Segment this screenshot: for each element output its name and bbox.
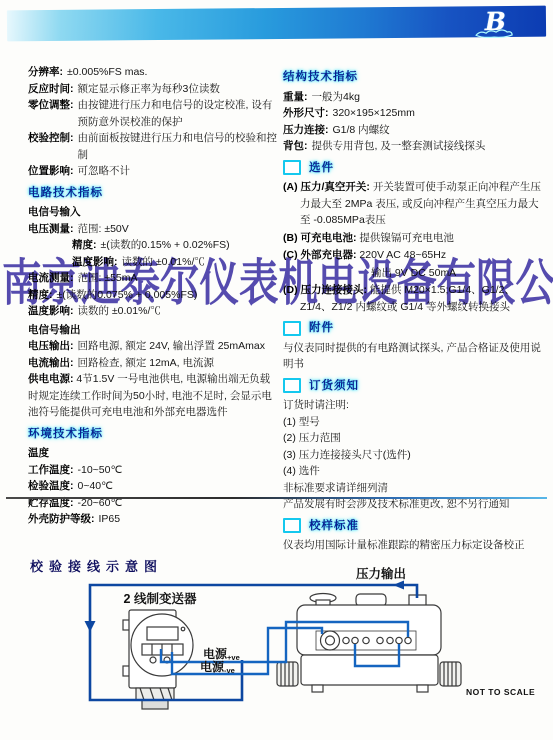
spec-value: 320×195×125mm bbox=[333, 105, 415, 122]
power-negative-text: 电源 bbox=[200, 659, 225, 674]
ordering-item: (1) 型号 bbox=[283, 414, 546, 431]
logo-cloud-swirl-icon bbox=[474, 27, 514, 39]
flow-arrow-left-icon bbox=[393, 581, 404, 590]
spec-label: 检验温度: bbox=[28, 478, 74, 495]
power-positive-text: 电源 bbox=[203, 646, 228, 661]
section-heading-structure: 结构技术指标 bbox=[283, 69, 546, 86]
scale-note: NOT TO SCALE bbox=[466, 687, 535, 697]
handle-left bbox=[277, 662, 298, 686]
spec-label: 位置影响: bbox=[28, 163, 74, 180]
options-box-icon bbox=[283, 160, 301, 175]
calibrator-drawing bbox=[277, 594, 461, 693]
spec-value: 由按键进行压力和电信号的设定校准, 设有预防意外误校准的保护 bbox=[78, 97, 278, 130]
spec-label: 供电电源: bbox=[28, 373, 74, 385]
option-item: (D) 压力连接接头: 能提供 M20×1.5;G1/4、G1/2、Z1/4、Z… bbox=[283, 282, 546, 315]
spec-value: 提供专用背包, 及一整套测试接线探头 bbox=[312, 138, 486, 155]
transmitter-label: 2 线制变送器 bbox=[124, 591, 197, 606]
ordering-item: (4) 选件 bbox=[283, 463, 546, 480]
spec-row: 外壳防护等级:IP65 bbox=[28, 511, 277, 528]
spec-row: 检验温度:0~40℃ bbox=[28, 478, 277, 495]
spec-row: 精度:±(读数的0.075% + 0.005%FS) bbox=[28, 287, 277, 304]
spec-label: 重量: bbox=[283, 89, 308, 106]
accessories-text: 与仪表同时提供的有电路测试探头, 产品合格证及使用说明书 bbox=[283, 340, 546, 373]
flow-arrow-down-icon bbox=[85, 621, 96, 632]
spec-value: IP65 bbox=[99, 511, 121, 528]
spec-value: ±(读数的0.15% + 0.02%FS) bbox=[101, 237, 230, 254]
spec-value: ±0.005%FS mas. bbox=[67, 64, 147, 81]
option-value: 220V AC 48~65Hz bbox=[359, 249, 446, 261]
pressure-output-label: 压力输出 bbox=[356, 566, 406, 581]
spec-value: 0~40℃ bbox=[78, 478, 113, 495]
spec-label: 温度影响: bbox=[72, 254, 118, 271]
spec-label: 精度: bbox=[72, 237, 97, 254]
section-heading-label: 订货须知 bbox=[309, 378, 359, 395]
section-heading-options: 选件 bbox=[283, 160, 546, 177]
option-continuation: 输出 9V DC 50mA bbox=[371, 265, 546, 282]
spec-value: 由前面板按键进行压力和电信号的校验和控制 bbox=[78, 130, 278, 163]
option-label: (D) 压力连接接头: bbox=[283, 284, 367, 296]
spec-label: 反应时间: bbox=[28, 81, 74, 98]
calibration-box-icon bbox=[283, 518, 301, 533]
spec-row: 温度影响:读数的 ±0.01%/℃ bbox=[28, 303, 277, 320]
spec-row: 零位调整:由按键进行压力和电信号的设定校准, 设有预防意外误校准的保护 bbox=[28, 97, 277, 130]
spec-value: 可忽略不计 bbox=[78, 163, 131, 180]
spec-label: 零位调整: bbox=[28, 97, 74, 130]
spec-value: 范围: ±50V bbox=[78, 221, 129, 238]
wiring-diagram: 2 线制变送器 压力输出 电源+ve 电源-ve NOT TO SCALE bbox=[0, 548, 553, 740]
ordering-item: (3) 压力连接接头尺寸(选件) bbox=[283, 447, 546, 464]
subhead-signal-output: 电信号输出 bbox=[28, 322, 277, 339]
subhead-temperature: 温度 bbox=[28, 445, 277, 462]
spec-row: 电流输出:回路检查, 额定 12mA, 电流源 bbox=[28, 355, 277, 372]
spec-value: 读数的 ±0.01%/℃ bbox=[122, 254, 205, 271]
spec-label: 分辨率: bbox=[28, 64, 63, 81]
right-column: 结构技术指标 重量:一般为4kg 外形尺寸:320×195×125mm 压力连接… bbox=[283, 64, 546, 554]
brand-logo: B bbox=[468, 7, 514, 41]
spec-row: 温度影响:读数的 ±0.01%/℃ bbox=[72, 254, 277, 271]
spec-value: ±(读数的0.075% + 0.005%FS) bbox=[57, 287, 198, 304]
spec-row: 外形尺寸:320×195×125mm bbox=[283, 105, 546, 122]
spec-label: 外形尺寸: bbox=[283, 105, 329, 122]
option-item: (A) 压力/真空开关: 开关装置可使手动泵正向冲程产生压力最大至 2MPa 表… bbox=[283, 179, 546, 229]
spec-value: 一般为4kg bbox=[312, 89, 360, 106]
left-column: 分辨率:±0.005%FS mas. 反应时间:额定显示修正率为每秒3位读数 零… bbox=[28, 64, 277, 528]
spec-value: 回路检查, 额定 12mA, 电流源 bbox=[78, 355, 215, 372]
header-band: B bbox=[7, 6, 546, 42]
spec-row: 重量:一般为4kg bbox=[283, 89, 546, 106]
ordering-item: (2) 压力范围 bbox=[283, 430, 546, 447]
option-label: (B) 可充电电池: bbox=[283, 232, 357, 244]
option-item: (B) 可充电电池: 提供镍镉可充电电池 bbox=[283, 230, 546, 247]
option-item: (C) 外部充电器: 220V AC 48~65Hz bbox=[283, 247, 546, 264]
ordering-intro: 订货时请注明: bbox=[283, 397, 546, 414]
ordering-box-icon bbox=[283, 378, 301, 393]
spec-label: 电流测量: bbox=[28, 270, 74, 287]
section-heading-ordering: 订货须知 bbox=[283, 378, 546, 395]
option-label: (C) 外部充电器: bbox=[283, 249, 357, 261]
ordering-note: 非标准要求请详细列清 bbox=[283, 480, 546, 497]
accessories-box-icon bbox=[283, 321, 301, 336]
transmitter-drawing bbox=[123, 610, 193, 709]
power-positive-sub: +ve bbox=[227, 653, 240, 662]
subhead-signal-input: 电信号输入 bbox=[28, 204, 277, 221]
spec-label: 校验控制: bbox=[28, 130, 74, 163]
spec-label: 背包: bbox=[283, 138, 308, 155]
spec-row: 分辨率:±0.005%FS mas. bbox=[28, 64, 277, 81]
option-label: (A) 压力/真空开关: bbox=[283, 181, 370, 193]
spec-value: 额定显示修正率为每秒3位读数 bbox=[78, 81, 220, 98]
spec-row: 背包:提供专用背包, 及一整套测试接线探头 bbox=[283, 138, 546, 155]
section-heading-accessories: 附件 bbox=[283, 320, 546, 337]
spec-value: 回路电源, 额定 24V, 输出浮置 25mAmax bbox=[78, 338, 266, 355]
section-heading-calibration: 校样标准 bbox=[283, 518, 546, 535]
spec-row: 反应时间:额定显示修正率为每秒3位读数 bbox=[28, 81, 277, 98]
section-heading-environment: 环境技术指标 bbox=[28, 426, 277, 443]
datasheet-page: B 分辨率:±0.005%FS mas. 反应时间:额定显示修正率为每秒3位读数… bbox=[0, 0, 553, 740]
handle-right bbox=[440, 662, 461, 686]
option-value: 提供镍镉可充电电池 bbox=[359, 232, 454, 244]
spec-label: 电压测量: bbox=[28, 221, 74, 238]
power-negative-sub: -ve bbox=[224, 666, 235, 675]
section-heading-circuit: 电路技术指标 bbox=[28, 185, 277, 202]
spec-row: 电流测量:范围: ±55mA bbox=[28, 270, 277, 287]
spec-row: 校验控制:由前面板按键进行压力和电信号的校验和控制 bbox=[28, 130, 277, 163]
spec-label: 精度: bbox=[28, 287, 53, 304]
spec-label: 压力连接: bbox=[283, 122, 329, 139]
spec-label: 电压输出: bbox=[28, 338, 74, 355]
spec-row: 位置影响:可忽略不计 bbox=[28, 163, 277, 180]
section-heading-label: 校样标准 bbox=[309, 518, 359, 535]
spec-value: -10~50℃ bbox=[78, 462, 123, 479]
spec-label: 电流输出: bbox=[28, 355, 74, 372]
section-heading-label: 附件 bbox=[309, 320, 334, 337]
spec-value: 读数的 ±0.01%/℃ bbox=[78, 303, 161, 320]
spec-row: 电压测量:范围: ±50V bbox=[28, 221, 277, 238]
spec-label: 外壳防护等级: bbox=[28, 511, 95, 528]
spec-row: 工作温度:-10~50℃ bbox=[28, 462, 277, 479]
spec-label: 温度影响: bbox=[28, 303, 74, 320]
spec-value: G1/8 内螺纹 bbox=[333, 122, 390, 139]
spec-row: 压力连接:G1/8 内螺纹 bbox=[283, 122, 546, 139]
section-divider bbox=[6, 497, 547, 499]
spec-power-supply: 供电电源: 4节1.5V 一号电池供电, 电源输出端无负载时规定连续工作时间为5… bbox=[28, 371, 277, 421]
spec-value: 范围: ±55mA bbox=[78, 270, 138, 287]
spec-row: 电压输出:回路电源, 额定 24V, 输出浮置 25mAmax bbox=[28, 338, 277, 355]
spec-row: 精度:±(读数的0.15% + 0.02%FS) bbox=[72, 237, 277, 254]
spec-label: 工作温度: bbox=[28, 462, 74, 479]
section-heading-label: 选件 bbox=[309, 160, 334, 177]
